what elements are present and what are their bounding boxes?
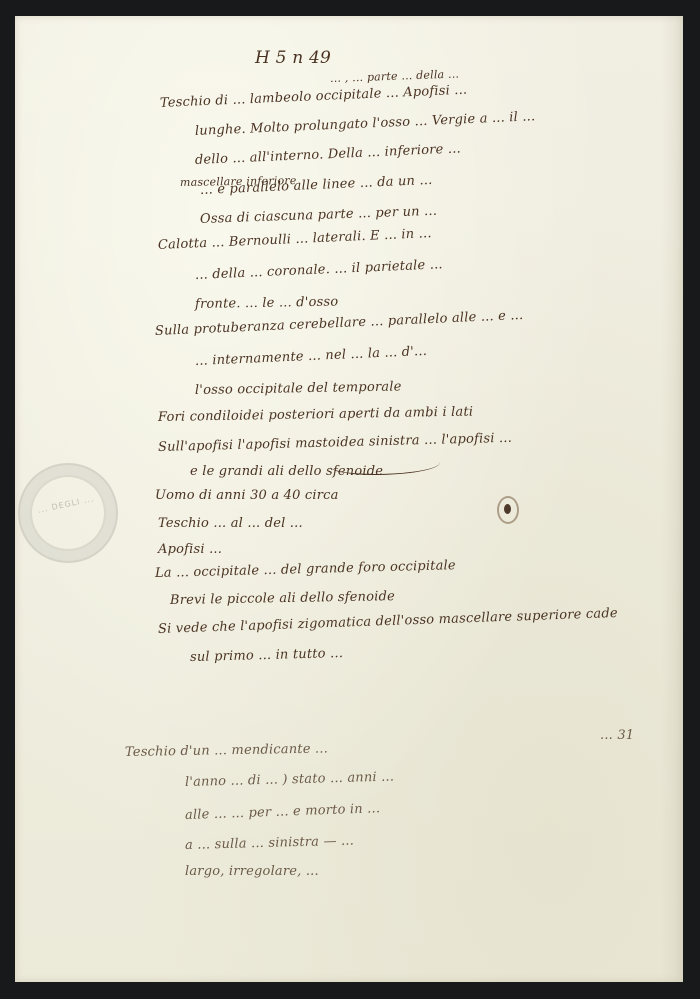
- manuscript-line: Apofisi ...: [158, 542, 222, 557]
- manuscript-line: Teschio ... al ... del ...: [158, 516, 303, 531]
- manuscript-line: fronte. ... le ... d'osso: [195, 294, 339, 311]
- ink-blot: [497, 496, 519, 524]
- manuscript-line: Uomo di anni 30 a 40 circa: [155, 488, 339, 503]
- date-note: ... 31: [600, 728, 634, 743]
- document-header: H 5 n 49: [255, 48, 331, 68]
- manuscript-line: largo, irregolare, ...: [185, 864, 319, 879]
